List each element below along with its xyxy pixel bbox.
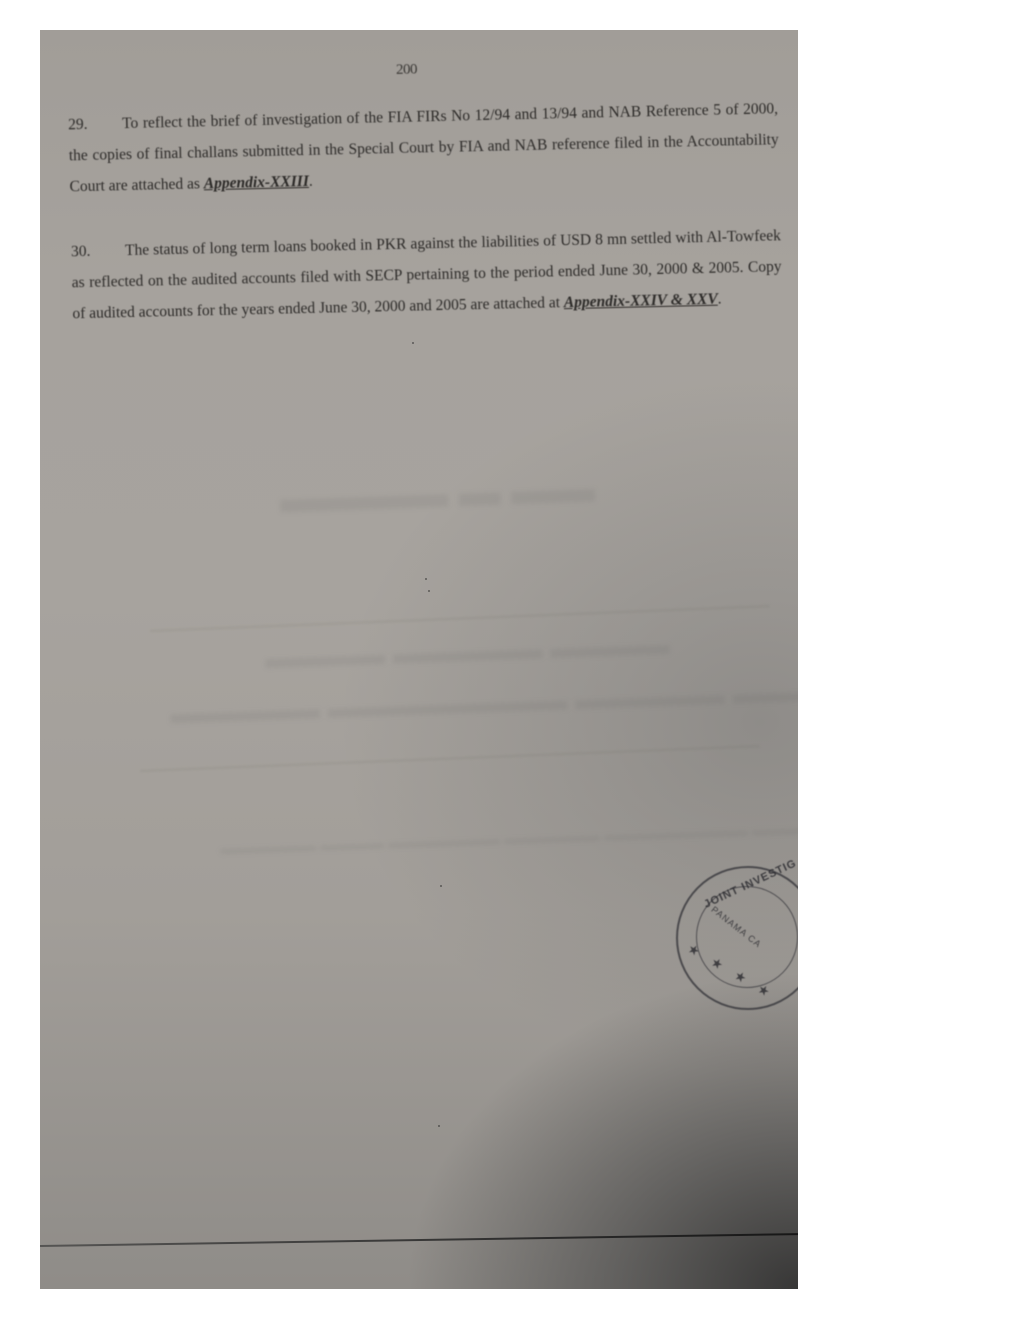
paragraph-text-end: . [718, 291, 722, 308]
paper-speck [440, 885, 442, 887]
paper-speck [438, 1125, 440, 1127]
paragraph-30: 30.The status of long term loans booked … [71, 220, 783, 329]
page-content: 200 29.To reflect the brief of investiga… [40, 30, 798, 1289]
paragraph-number: 30. [71, 235, 126, 267]
paper-speck [425, 578, 427, 580]
paper-speck [428, 590, 430, 592]
paragraph-text: To reflect the brief of investigation of… [69, 100, 779, 195]
paragraph-number: 29. [68, 108, 123, 140]
document-photo: ▬▬▬▬ ▬ ▬▬ ▬▬▬▬ ▬▬▬▬▬ ▬▬▬▬ ▬▬▬▬▬ ▬▬▬▬▬▬▬▬… [40, 30, 798, 1289]
paragraph-29: 29.To reflect the brief of investigation… [68, 93, 780, 202]
page-number: 200 [396, 61, 417, 78]
paragraph-text-end: . [309, 173, 313, 190]
appendix-reference: Appendix-XXIV & XXV [564, 291, 718, 311]
paper-speck [412, 342, 414, 344]
appendix-reference: Appendix-XXIII [204, 173, 309, 192]
